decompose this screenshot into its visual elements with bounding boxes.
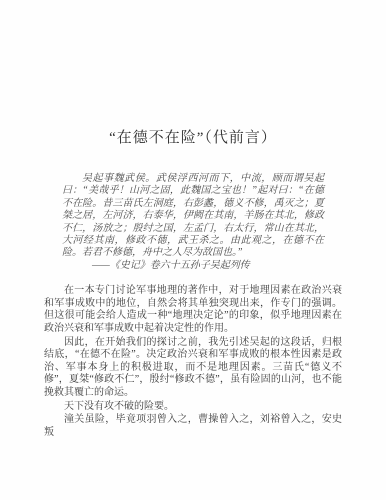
quote-text: 吴起事魏武侯。武侯浮西河而下，中流，顾而谓吴起曰：“美哉乎！山河之固，此魏国之宝…: [62, 173, 324, 260]
paragraph-3: 天下没有攻不破的险要。: [44, 401, 342, 414]
paragraph-4: 潼关虽险，毕竟项羽曾入之，曹操曾入之，刘裕曾入之，安史叛: [44, 414, 342, 439]
paragraph-2: 因此，在开始我们的探讨之前，我先引述吴起的这段话，归根结底，“在德不在险”。决定…: [44, 337, 342, 400]
page-title: “在德不在险”（代前言）: [0, 126, 386, 147]
book-page: “在德不在险”（代前言） 吴起事魏武侯。武侯浮西河而下，中流，顾而谓吴起曰：“美…: [0, 0, 386, 500]
paragraph-1: 在一本专门讨论军事地理的著作中，对于地理因素在政治兴衰和军事成败中的地位，自然会…: [44, 285, 342, 335]
body-text: 在一本专门讨论军事地理的著作中，对于地理因素在政治兴衰和军事成败中的地位，自然会…: [44, 285, 342, 439]
quote-block: 吴起事魏武侯。武侯浮西河而下，中流，顾而谓吴起曰：“美哉乎！山河之固，此魏国之宝…: [62, 173, 324, 272]
quote-attribution: ——《史记》卷六十五孙子吴起列传: [62, 260, 324, 272]
